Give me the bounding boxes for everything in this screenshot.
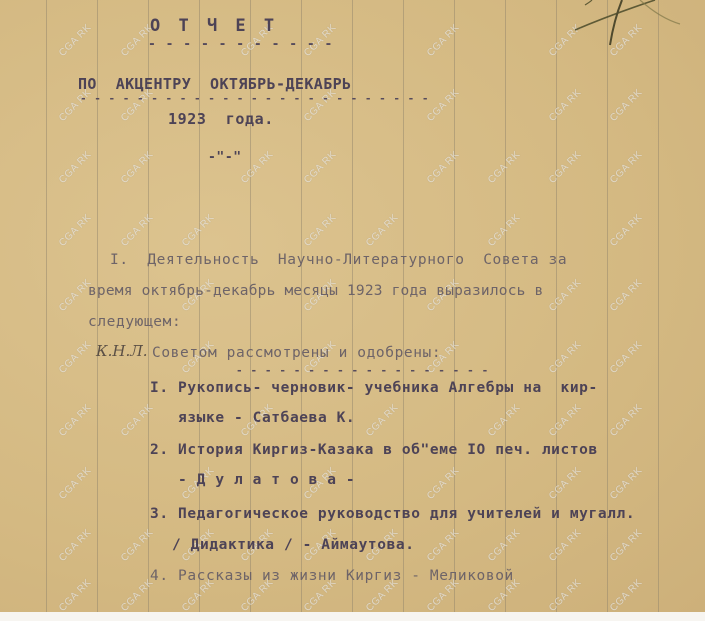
watermark: CGA RK [119, 402, 156, 439]
watermark: CGA RK [547, 402, 584, 439]
list-item-1-line2: языке - Сатбаева К. [178, 410, 355, 426]
watermark: CGA RK [608, 465, 645, 502]
watermark: CGA RK [608, 277, 645, 314]
watermark: CGA RK [425, 149, 462, 186]
watermark: CGA RK [302, 212, 339, 249]
watermark: CGA RK [57, 465, 94, 502]
watermark: CGA RK [608, 577, 645, 612]
watermark: CGA RK [486, 212, 523, 249]
scan-bottom-edge [0, 612, 705, 621]
watermark: CGA RK [608, 212, 645, 249]
section1-paragraph-line1: I. Деятельность Научно-Литературного Сов… [110, 252, 567, 268]
section1-paragraph-line3: следующем: [88, 314, 181, 330]
watermark: CGA RK [364, 212, 401, 249]
list-item-3-line2: / Дидактика / - Аймаутова. [172, 537, 415, 553]
list-item-2-line1: 2. История Киргиз-Казака в об"еме IO печ… [150, 442, 598, 458]
archival-document-page: CGA RK CGA RK CGA RK CGA RK CGA RK CGA R… [0, 0, 705, 612]
watermark: CGA RK [608, 87, 645, 124]
subtitle-underline: - - - - - - - - - - - - - - - - - - - - … [80, 92, 429, 105]
watermark: CGA RK [608, 402, 645, 439]
watermark: CGA RK [180, 212, 217, 249]
watermark: CGA RK [57, 402, 94, 439]
watermark: CGA RK [425, 22, 462, 59]
title-underline: - - - - - - - - - - - [148, 37, 333, 52]
watermark: CGA RK [57, 339, 94, 376]
watermark: CGA RK [608, 149, 645, 186]
watermark: CGA RK [547, 577, 584, 612]
watermark: CGA RK [547, 277, 584, 314]
watermark: CGA RK [547, 339, 584, 376]
watermark: CGA RK [57, 527, 94, 564]
list-item-3-line1: 3. Педагогическое руководство для учител… [150, 506, 635, 522]
watermark: CGA RK [57, 22, 94, 59]
approved-heading-underline: - - - - - - - - - - - - - - - - - - [236, 364, 489, 377]
separator-mark: -"-" [208, 150, 242, 165]
watermark: CGA RK [547, 465, 584, 502]
watermark: CGA RK [608, 339, 645, 376]
document-year: 1923 года. [168, 110, 274, 128]
watermark: CGA RK [119, 527, 156, 564]
watermark: CGA RK [547, 87, 584, 124]
document-title: О Т Ч Е Т [150, 16, 278, 36]
section1-paragraph-line2: время октябрь-декабрь месяцы 1923 года в… [88, 283, 543, 299]
watermark: CGA RK [239, 149, 276, 186]
watermark: CGA RK [57, 577, 94, 612]
watermark: CGA RK [119, 212, 156, 249]
handwritten-margin-note: К.Н.Л. [96, 342, 148, 360]
watermark: CGA RK [486, 149, 523, 186]
list-item-1-line1: I. Рукопись- черновик- учебника Алгебры … [150, 380, 598, 396]
watermark: CGA RK [425, 87, 462, 124]
watermark: CGA RK [425, 465, 462, 502]
watermark: CGA RK [57, 212, 94, 249]
list-item-4-line1: 4. Рассказы из жизни Киргиз - Меликовой [150, 568, 514, 584]
watermark: CGA RK [57, 149, 94, 186]
watermark: CGA RK [547, 527, 584, 564]
document-subtitle: ПО АКЦЕНТРУ ОКТЯБРЬ-ДЕКАБРЬ [78, 75, 352, 93]
watermark: CGA RK [486, 402, 523, 439]
approved-heading: Советом рассмотрены и одобрены: [152, 345, 441, 361]
watermark: CGA RK [302, 149, 339, 186]
pen-signature-stroke-icon [570, 0, 690, 50]
list-item-2-line2: - Д у л а т о в а - [178, 472, 355, 488]
watermark: CGA RK [608, 527, 645, 564]
watermark: CGA RK [425, 527, 462, 564]
watermark: CGA RK [547, 149, 584, 186]
watermark: CGA RK [364, 402, 401, 439]
watermark: CGA RK [486, 527, 523, 564]
watermark: CGA RK [119, 149, 156, 186]
